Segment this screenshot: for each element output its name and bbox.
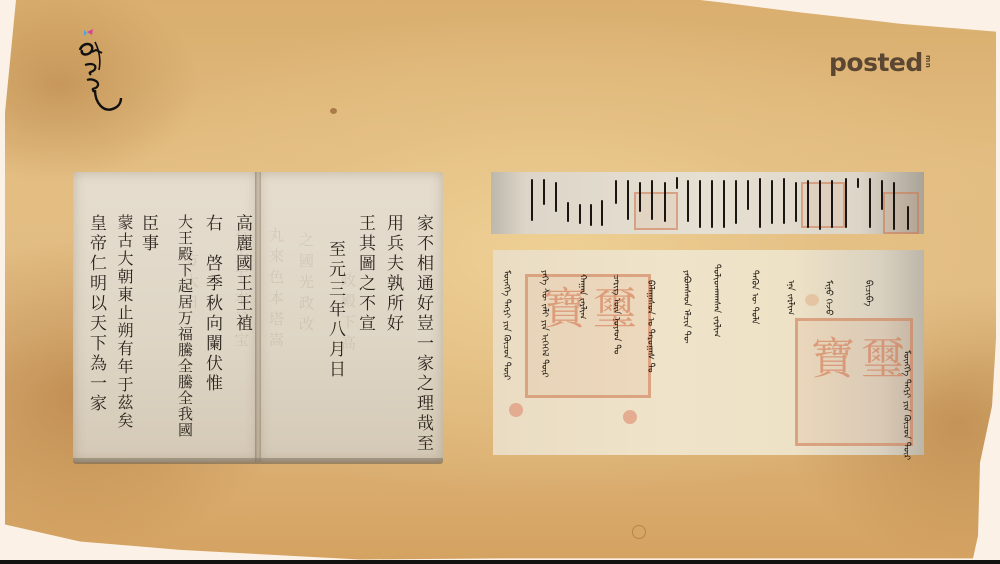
script-column: ᠮᠥᠩᠬᠡ ᠲᠩᠷᠢ ᠶᠢᠨ ᠬᠦᠴᠦᠨ ᠳᠦᠷ (501, 270, 510, 380)
script-column: ᠡᠨᠡ ᠵᠠᠷᠯᠢᠭ (785, 280, 794, 315)
script-line (639, 182, 641, 212)
book-right-page: 丸來色本塔嵩 之國光政改 政殿下高 家不相通好豈一家之理哉至 用兵夫孰所好 王其… (258, 172, 443, 462)
script-line (676, 177, 678, 189)
text-column: 大王殿下起居万福騰全騰全我國 (177, 214, 192, 438)
script-column: ᠪᠠᠯᠠᠭᠠᠰᠤᠨ ᠤ ᠳᠠᠷᠤᠭᠠᠰ ᠲᠤ (645, 280, 654, 373)
brand-logo-posted: posted mn (829, 48, 932, 77)
script-line (687, 180, 689, 222)
text-column: 高麗國王王禃 (233, 214, 250, 334)
red-seal-large: 寶 璽 (795, 318, 913, 446)
text-column: 家不相通好豈一家之理哉至 (414, 214, 431, 454)
text-column: 王其圖之不宣 (356, 214, 373, 334)
posted-logo-suffix: mn (924, 55, 932, 68)
script-column: ᠶᠠᠪᠤᠭᠰᠠᠳ ᠡᠯᠴᠢᠨ ᠲᠦ (681, 270, 690, 344)
text-column: 皇帝仁明以天下為一家 (87, 214, 104, 414)
script-column: ᠬᠠᠭᠠᠨ ᠵᠠᠷᠯᠢᠭ (577, 274, 586, 319)
script-line (869, 178, 871, 228)
script-line (651, 180, 653, 220)
book-edge (73, 458, 443, 464)
script-column: ᠮᠥᠩᠬᠡ ᠲᠩᠷᠢ ᠶᠢᠨ ᠬᠦᠴᠦᠨ ᠳᠦᠷ (901, 350, 910, 460)
script-line (819, 180, 821, 230)
red-seal (883, 192, 919, 234)
script-line (831, 180, 833, 228)
bleed-through-text: 丸來色本塔嵩 (268, 227, 283, 353)
posted-logo-text: posted (829, 48, 923, 77)
red-stain (509, 403, 523, 417)
book-left-page: 有天下本子宝 方大日 高麗國王王禃 右 啓季秋向闌伏惟 大王殿下起居万福騰全騰全… (73, 172, 258, 462)
script-line (543, 179, 545, 205)
seal-glyph: 璽 (588, 285, 632, 329)
script-line (531, 179, 533, 221)
script-column: ᠳᠤᠯᠢᠳᠬᠠᠭᠰᠠᠨ ᠵᠠᠷᠯᠢᠭ (711, 264, 720, 337)
script-line (795, 182, 797, 222)
script-line (555, 182, 557, 212)
seal-glyph: 寶 (806, 335, 850, 379)
seal-glyph: 璽 (856, 335, 900, 379)
script-line (590, 204, 592, 226)
script-line (711, 180, 713, 228)
small-seal (805, 294, 819, 306)
mongolian-scroll-strip (491, 172, 924, 234)
script-line (747, 180, 749, 210)
script-line (771, 180, 773, 224)
text-column: 至元三年八月日 (326, 240, 343, 380)
script-column: ᠶᠡᠬᠡ ᠰᠦ ᠵᠠᠯᠢ ᠶᠢᠨ ᠢᠬᠡᠭᠡᠯ ᠳᠦᠷ (539, 270, 548, 378)
book-spine (255, 172, 261, 462)
script-line (735, 180, 737, 224)
script-column: ᠴᠡᠷᠢᠭ ᠦᠨ ᠨᠣᠶᠠᠳ ᠲᠤ (611, 274, 620, 354)
text-column: 蒙古大朝東止朔有年于茲矣 (116, 214, 132, 430)
script-line (579, 204, 581, 224)
script-line (615, 180, 617, 204)
text-column: 用兵夫孰所好 (384, 214, 401, 334)
script-line (627, 180, 629, 220)
script-column: ᠲᠡᠭᠦᠨ ᠦ ᠲᠤᠯᠠ (749, 270, 758, 324)
text-column: 右 啓季秋向闌伏惟 (203, 214, 220, 394)
mongolian-script-icon (75, 20, 125, 120)
script-line (699, 180, 701, 228)
frame-border (0, 560, 1000, 564)
script-line (857, 178, 859, 188)
red-stain (623, 410, 637, 424)
text-column: 臣事 (139, 214, 156, 254)
mongolian-edict-photo: 寶 璽 寶 璽 ᠮᠥᠩᠬᠡ ᠲᠩᠷᠢ ᠶᠢᠨ ᠬᠦᠴᠦᠨ ᠳᠦᠷ ᠶᠡᠬᠡ ᠰᠦ… (493, 250, 924, 455)
korean-book-photo: 有天下本子宝 方大日 高麗國王王禃 右 啓季秋向闌伏惟 大王殿下起居万福騰全騰全… (73, 172, 443, 462)
script-line (567, 202, 569, 222)
script-line (759, 178, 761, 228)
script-line (807, 180, 809, 228)
script-line (723, 180, 725, 228)
script-line (664, 182, 666, 222)
script-line (907, 206, 909, 230)
script-line (783, 178, 785, 224)
brand-logo-mongolian (75, 20, 125, 120)
script-column: ᠮᠢᠨᠦ ᠭᠡᠵᠦ (823, 280, 832, 316)
script-line (893, 182, 895, 230)
script-column: ᠪᠢᠴᠢᠪᠡ (863, 280, 872, 306)
script-line (881, 180, 883, 210)
bleed-through-text: 之國光政改 (298, 232, 313, 337)
script-line (601, 200, 603, 226)
script-line (845, 178, 847, 228)
